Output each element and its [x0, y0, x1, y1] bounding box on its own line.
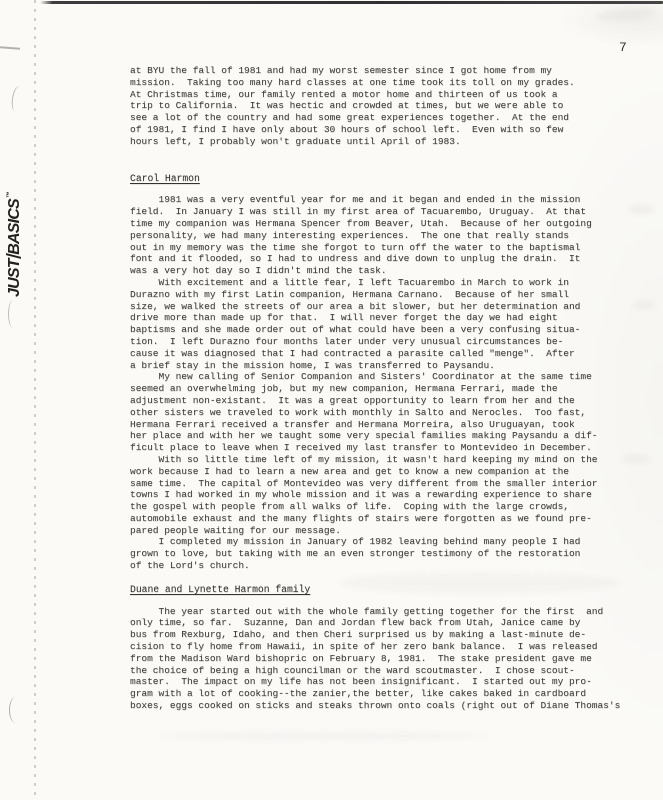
bleedthrough-smudge — [158, 732, 488, 740]
typewritten-text-column: at BYU the fall of 1981 and had my worst… — [130, 65, 650, 712]
intro-continuation-paragraph: at BYU the fall of 1981 and had my worst… — [130, 65, 650, 148]
scan-artifact-curl — [8, 300, 18, 328]
trademark-symbol: ™ — [6, 192, 13, 199]
perforation-line — [34, 0, 36, 800]
section-heading-duane-lynette-family: Duane and Lynette Harmon family — [130, 584, 650, 596]
scan-artifact-curl — [10, 85, 25, 112]
brand-just-text: JUST — [6, 259, 23, 297]
section-heading-carol-harmon: Carol Harmon — [130, 173, 650, 185]
scan-artifact-dash — [0, 46, 20, 49]
scanned-newsletter-page: JUSTBASICS™ 7 at BYU the fall of 1981 an… — [0, 0, 663, 800]
page-top-edge-shadow — [40, 1, 663, 4]
page-number: 7 — [619, 40, 627, 55]
brand-basics-text: BASICS — [6, 199, 23, 255]
duane-lynette-section-text: The year started out with the whole fami… — [130, 606, 650, 712]
carol-harmon-section-text: 1981 was a very eventful year for me and… — [130, 194, 650, 572]
justbasics-logo: JUSTBASICS™ — [6, 192, 24, 297]
scan-artifact-curl — [9, 697, 22, 723]
bleedthrough-smudge — [596, 5, 657, 23]
